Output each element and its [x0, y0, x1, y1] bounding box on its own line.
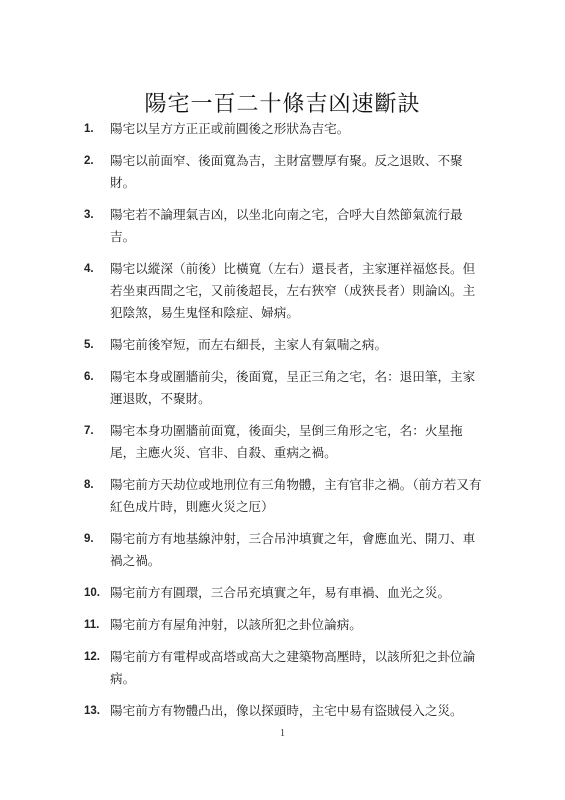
item-number: 8.: [84, 474, 110, 496]
item-text: 陽宅若不論理氣吉凶，以坐北向南之宅，合呼大自然節氣流行最吉。: [110, 204, 484, 248]
list-item: 12. 陽宅前方有電桿或高塔或高大之建築物高壓時，以該所犯之卦位論病。: [84, 646, 484, 690]
item-number: 11.: [84, 614, 110, 636]
page-number: 1: [0, 728, 565, 739]
item-text: 陽宅前方天劫位或地刑位有三角物體，主有官非之禍。（前方若又有紅色成片時，則應火災…: [110, 474, 484, 518]
list-item: 7. 陽宅本身功圍牆前面寬，後面尖，呈倒三角形之宅，名：火星拖尾，主應火災、官非…: [84, 420, 484, 464]
item-text: 陽宅本身或圍牆前尖，後面寬，呈正三角之宅，名：退田筆，主家運退敗，不聚財。: [110, 366, 484, 410]
document-title: 陽宅一百二十條吉凶速斷訣: [0, 87, 565, 118]
item-number: 1.: [84, 118, 110, 140]
item-text: 陽宅前方有地基線沖射，三合吊沖填實之年，會應血光、開刀、車禍之禍。: [110, 528, 484, 572]
item-text: 陽宅前方有電桿或高塔或高大之建築物高壓時，以該所犯之卦位論病。: [110, 646, 484, 690]
item-text: 陽宅以前面窄、後面寬為吉，主財富豐厚有聚。反之退敗、不聚財。: [110, 150, 484, 194]
item-number: 3.: [84, 204, 110, 226]
list-item: 10. 陽宅前方有圓環，三合吊充填實之年，易有車禍、血光之災。: [84, 582, 484, 604]
item-number: 12.: [84, 646, 110, 668]
item-text: 陽宅前方有圓環，三合吊充填實之年，易有車禍、血光之災。: [110, 582, 484, 604]
item-number: 6.: [84, 366, 110, 388]
list-item: 6. 陽宅本身或圍牆前尖，後面寬，呈正三角之宅，名：退田筆，主家運退敗，不聚財。: [84, 366, 484, 410]
list-item: 3. 陽宅若不論理氣吉凶，以坐北向南之宅，合呼大自然節氣流行最吉。: [84, 204, 484, 248]
rules-list: 1. 陽宅以呈方方正正或前圓後之形狀為吉宅。 2. 陽宅以前面窄、後面寬為吉，主…: [84, 118, 484, 722]
item-number: 5.: [84, 334, 110, 356]
item-text: 陽宅前方有屋角沖射，以該所犯之卦位論病。: [110, 614, 484, 636]
item-text: 陽宅前後窄短，而左右細長，主家人有氣喘之病。: [110, 334, 484, 356]
list-item: 1. 陽宅以呈方方正正或前圓後之形狀為吉宅。: [84, 118, 484, 140]
list-item: 5. 陽宅前後窄短，而左右細長，主家人有氣喘之病。: [84, 334, 484, 356]
item-text: 陽宅本身功圍牆前面寬，後面尖，呈倒三角形之宅，名：火星拖尾，主應火災、官非、自殺…: [110, 420, 484, 464]
list-item: 2. 陽宅以前面窄、後面寬為吉，主財富豐厚有聚。反之退敗、不聚財。: [84, 150, 484, 194]
item-text: 陽宅以縱深（前後）比橫寬（左右）還長者，主家運祥福悠長。但若坐東西間之宅，又前後…: [110, 258, 484, 324]
item-text: 陽宅前方有物體凸出，像以探頭時，主宅中易有盜賊侵入之災。: [110, 700, 484, 722]
list-item: 4. 陽宅以縱深（前後）比橫寬（左右）還長者，主家運祥福悠長。但若坐東西間之宅，…: [84, 258, 484, 324]
item-number: 2.: [84, 150, 110, 172]
list-item: 11. 陽宅前方有屋角沖射，以該所犯之卦位論病。: [84, 614, 484, 636]
item-number: 10.: [84, 582, 110, 604]
item-number: 9.: [84, 528, 110, 550]
list-item: 13. 陽宅前方有物體凸出，像以探頭時，主宅中易有盜賊侵入之災。: [84, 700, 484, 722]
item-number: 7.: [84, 420, 110, 442]
item-number: 13.: [84, 700, 110, 722]
list-item: 8. 陽宅前方天劫位或地刑位有三角物體，主有官非之禍。（前方若又有紅色成片時，則…: [84, 474, 484, 518]
item-text: 陽宅以呈方方正正或前圓後之形狀為吉宅。: [110, 118, 484, 140]
item-number: 4.: [84, 258, 110, 280]
list-item: 9. 陽宅前方有地基線沖射，三合吊沖填實之年，會應血光、開刀、車禍之禍。: [84, 528, 484, 572]
